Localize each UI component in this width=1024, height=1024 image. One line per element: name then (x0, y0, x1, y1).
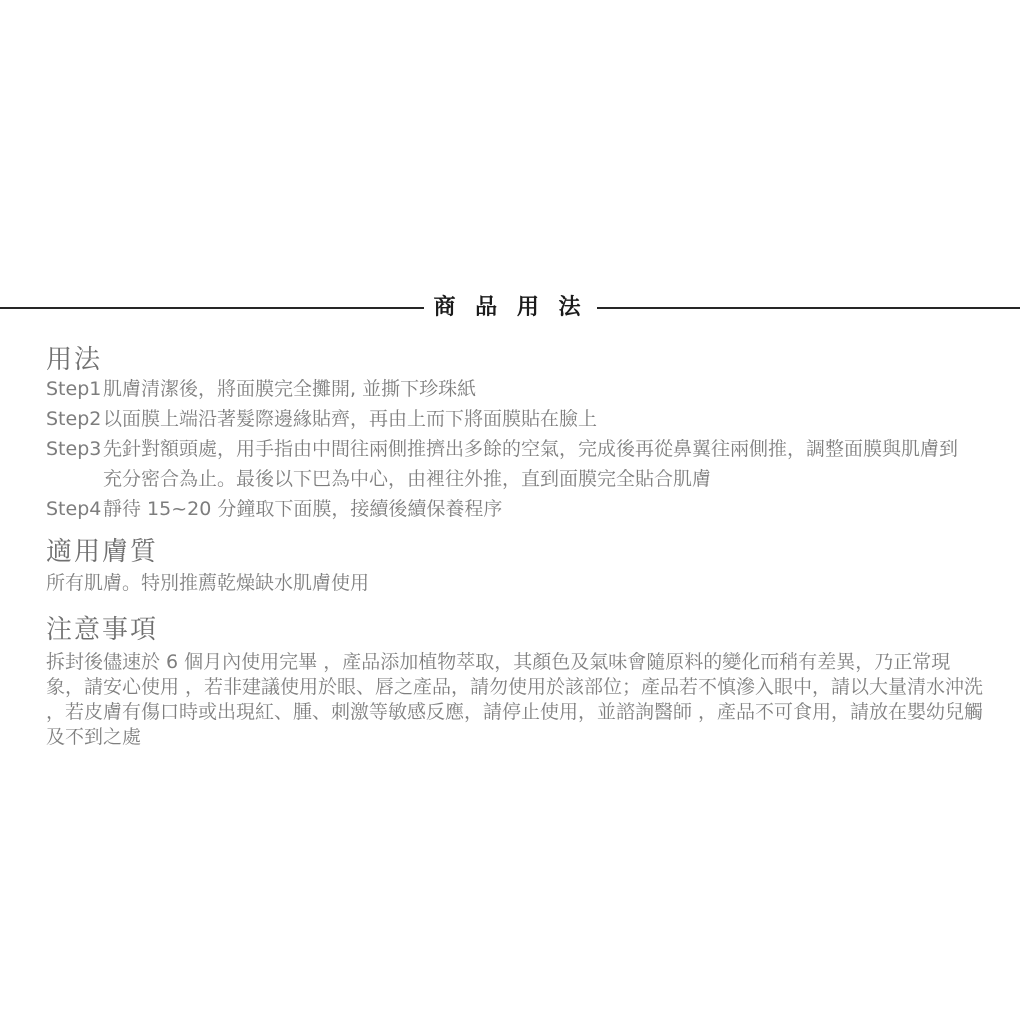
step3-text: 先針對額頭處，用手指由中間往兩側推擠出多餘的空氣，完成後再從鼻翼往兩側推，調整面… (103, 434, 966, 494)
usage-heading: 用法 (46, 344, 102, 376)
section-header-title: 商 品 用 法 (424, 294, 597, 322)
usage-steps-list: Step1 肌膚清潔後，將面膜完全攤開, 並撕下珍珠紙 Step2 以面膜上端沿… (46, 374, 966, 524)
step1-text: 肌膚清潔後，將面膜完全攤開, 並撕下珍珠紙 (103, 374, 966, 404)
step-row-1: Step1 肌膚清潔後，將面膜完全攤開, 並撕下珍珠紙 (46, 374, 966, 404)
step-row-3: Step3 先針對額頭處，用手指由中間往兩側推擠出多餘的空氣，完成後再從鼻翼往兩… (46, 434, 966, 494)
divider-line-left (0, 307, 424, 309)
step1-label: Step1 (46, 374, 103, 404)
divider-line-right (597, 307, 1021, 309)
skin-type-text: 所有肌膚。特別推薦乾燥缺水肌膚使用 (46, 571, 966, 596)
product-usage-page: 商 品 用 法 用法 Step1 肌膚清潔後，將面膜完全攤開, 並撕下珍珠紙 S… (0, 0, 1024, 1024)
skin-type-heading: 適用膚質 (46, 536, 158, 568)
notice-heading: 注意事項 (46, 614, 158, 646)
step2-text: 以面膜上端沿著髮際邊緣貼齊，再由上而下將面膜貼在臉上 (103, 404, 966, 434)
step4-text: 靜待 15~20 分鐘取下面膜，接續後續保養程序 (103, 494, 966, 524)
step-row-2: Step2 以面膜上端沿著髮際邊緣貼齊，再由上而下將面膜貼在臉上 (46, 404, 966, 434)
section-divider: 商 品 用 法 (0, 294, 1020, 322)
step-row-4: Step4 靜待 15~20 分鐘取下面膜，接續後續保養程序 (46, 494, 966, 524)
step4-label: Step4 (46, 494, 103, 524)
step2-label: Step2 (46, 404, 103, 434)
notice-text: 拆封後儘速於 6 個月內使用完畢 ，產品添加植物萃取，其顏色及氣味會隨原料的變化… (46, 650, 988, 750)
step3-label: Step3 (46, 434, 103, 494)
